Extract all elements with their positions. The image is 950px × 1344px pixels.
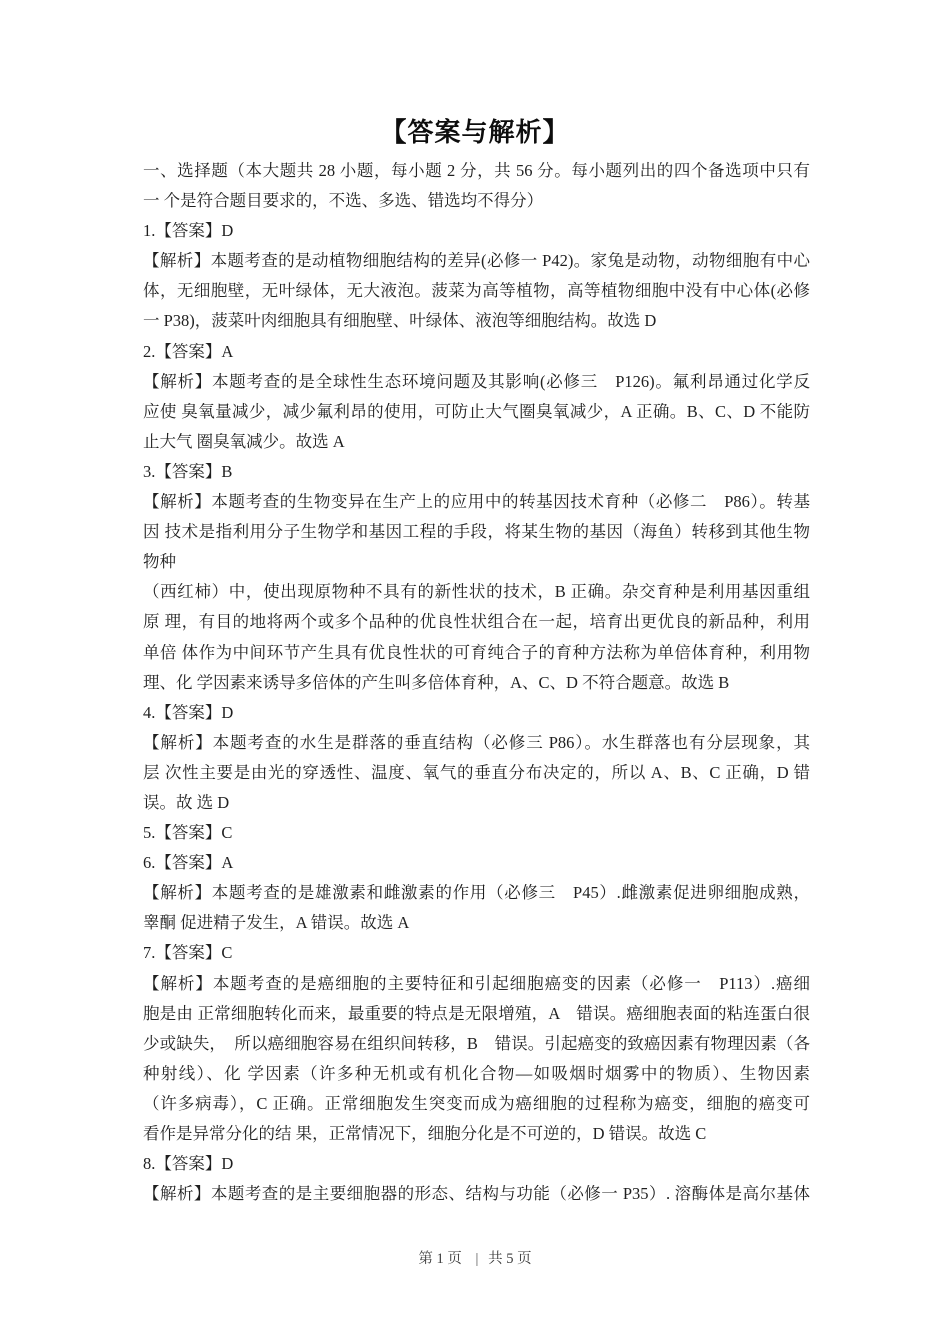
text-line: 物种 bbox=[143, 547, 810, 577]
text-line: 【解析】本题考查的是动植物细胞结构的差异(必修一 P42)。家兔是动物，动物细胞… bbox=[143, 246, 810, 276]
page-footer: 第 1 页 | 共 5 页 bbox=[0, 1247, 950, 1268]
footer-total-pages: 共 5 页 bbox=[488, 1251, 532, 1267]
text-line: 【解析】本题考查的是雄激素和雌激素的作用（必修三 P45）.雌激素促进卵细胞成熟… bbox=[143, 878, 810, 908]
text-line: 一、选择题（本大题共 28 小题，每小题 2 分，共 56 分。每小题列出的四个… bbox=[143, 156, 810, 186]
text-line: 止大气 圈臭氧减少。故选 A bbox=[143, 427, 810, 457]
text-line: 5.【答案】C bbox=[143, 818, 810, 848]
text-line: 单倍 体作为中间环节产生具有优良性状的可育纯合子的育种方法称为单倍体育种，利用物 bbox=[143, 638, 810, 668]
text-line: 误。故 选 D bbox=[143, 788, 810, 818]
footer-separator: | bbox=[476, 1251, 479, 1267]
footer-page-number: 第 1 页 bbox=[418, 1251, 462, 1267]
text-line: 8.【答案】D bbox=[143, 1149, 810, 1179]
text-line: 种射线）、化 学因素（许多种无机或有机化合物—如吸烟时烟雾中的物质）、生物因素 bbox=[143, 1059, 810, 1089]
text-line: 7.【答案】C bbox=[143, 938, 810, 968]
text-line: 一 P38)，菠菜叶肉细胞具有细胞壁、叶绿体、液泡等细胞结构。故选 D bbox=[143, 306, 810, 336]
text-line: 6.【答案】A bbox=[143, 848, 810, 878]
text-line: 体，无细胞壁，无叶绿体，无大液泡。菠菜为高等植物，高等植物细胞中没有中心体(必修 bbox=[143, 276, 810, 306]
text-line: 【解析】本题考查的是主要细胞器的形态、结构与功能（必修一 P35）. 溶酶体是高… bbox=[143, 1179, 810, 1209]
text-line: 应使 臭氧量减少，减少氟利昂的使用，可防止大气圈臭氧减少，A 正确。B、C、D … bbox=[143, 397, 810, 427]
text-line: 1.【答案】D bbox=[143, 216, 810, 246]
answer-sheet-page: 【答案与解析】 一、选择题（本大题共 28 小题，每小题 2 分，共 56 分。… bbox=[0, 0, 950, 1344]
text-line: 3.【答案】B bbox=[143, 457, 810, 487]
text-line: 睾酮 促进精子发生，A 错误。故选 A bbox=[143, 908, 810, 938]
text-line: 【解析】本题考查的水生是群落的垂直结构（必修三 P86）。水生群落也有分层现象，… bbox=[143, 728, 810, 758]
text-line: 【解析】本题考查的生物变异在生产上的应用中的转基因技术育种（必修二 P86）。转… bbox=[143, 487, 810, 517]
text-line: 原 理，有目的地将两个或多个品种的优良性状组合在一起，培育出更优良的新品种，利用 bbox=[143, 607, 810, 637]
text-line: 胞是由 正常细胞转化而来，最重要的特点是无限增殖，A 错误。癌细胞表面的粘连蛋白… bbox=[143, 999, 810, 1029]
text-line: 因 技术是指利用分子生物学和基因工程的手段，将某生物的基因（海鱼）转移到其他生物 bbox=[143, 517, 810, 547]
page-title: 【答案与解析】 bbox=[0, 112, 950, 149]
text-line: 看作是异常分化的结 果，正常情况下，细胞分化是不可逆的，D 错误。故选 C bbox=[143, 1119, 810, 1149]
text-line: 【解析】本题考查的是癌细胞的主要特征和引起细胞癌变的因素（必修一 P113）.癌… bbox=[143, 969, 810, 999]
text-line: 一 个是符合题目要求的，不选、多选、错选均不得分） bbox=[143, 186, 810, 216]
text-line: 理、化 学因素来诱导多倍体的产生叫多倍体育种，A、C、D 不符合题意。故选 B bbox=[143, 668, 810, 698]
document-body: 一、选择题（本大题共 28 小题，每小题 2 分，共 56 分。每小题列出的四个… bbox=[143, 156, 810, 1209]
text-line: 【解析】本题考查的是全球性生态环境问题及其影响(必修三 P126)。氟利昂通过化… bbox=[143, 367, 810, 397]
text-line: 4.【答案】D bbox=[143, 698, 810, 728]
text-line: 层 次性主要是由光的穿透性、温度、氧气的垂直分布决定的，所以 A、B、C 正确，… bbox=[143, 758, 810, 788]
text-line: 2.【答案】A bbox=[143, 337, 810, 367]
text-line: （西红柿）中，使出现原物种不具有的新性状的技术，B 正确。杂交育种是利用基因重组 bbox=[143, 577, 810, 607]
text-line: （许多病毒），C 正确。正常细胞发生突变而成为癌细胞的过程称为癌变，细胞的癌变可 bbox=[143, 1089, 810, 1119]
text-line: 少或缺失， 所以癌细胞容易在组织间转移，B 错误。引起癌变的致癌因素有物理因素（… bbox=[143, 1029, 810, 1059]
